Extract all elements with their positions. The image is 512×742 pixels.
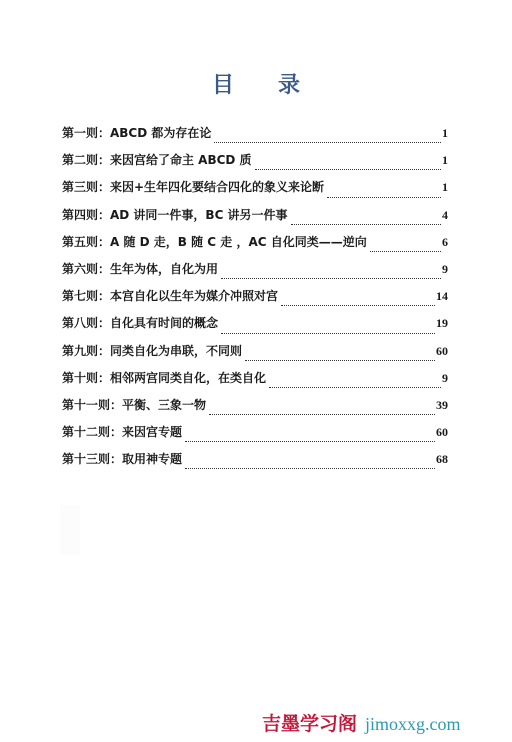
dot-leader bbox=[327, 197, 441, 198]
toc-entry-page: 60 bbox=[436, 344, 448, 359]
toc-entry-page: 9 bbox=[442, 371, 448, 386]
toc-entry[interactable]: 第二则：来因宫给了命主 ABCD 质1 bbox=[62, 151, 448, 178]
toc-entry-page: 4 bbox=[442, 208, 448, 223]
dot-leader bbox=[221, 278, 441, 279]
watermark-domain: jimoxxg.com bbox=[365, 714, 461, 734]
dot-leader bbox=[269, 387, 441, 388]
toc-entry-page: 19 bbox=[436, 316, 448, 331]
toc-entry[interactable]: 第十一则：平衡、三象一物39 bbox=[62, 396, 448, 423]
toc-entry-page: 9 bbox=[442, 262, 448, 277]
dot-leader bbox=[245, 360, 435, 361]
toc-entry-label: 第八则：自化具有时间的概念 bbox=[62, 314, 218, 331]
toc-entry[interactable]: 第一则：ABCD 都为存在论1 bbox=[62, 124, 448, 151]
toc-entry-page: 14 bbox=[436, 289, 448, 304]
toc-entry-label: 第十一则：平衡、三象一物 bbox=[62, 396, 206, 413]
toc-entry-page: 1 bbox=[442, 126, 448, 141]
toc-entry[interactable]: 第十三则：取用神专题68 bbox=[62, 450, 448, 477]
watermark: 吉墨学习阁jimoxxg.com bbox=[262, 709, 461, 736]
toc-entry[interactable]: 第四则：AD 讲同一件事，BC 讲另一件事4 bbox=[62, 206, 448, 233]
toc-entry-label: 第五则：A 随 D 走，B 随 C 走 ，AC 自化同类——逆向 bbox=[62, 233, 367, 250]
toc-entry-label: 第十三则：取用神专题 bbox=[62, 450, 182, 467]
toc-entry-page: 1 bbox=[442, 153, 448, 168]
scan-artifact bbox=[60, 505, 80, 555]
toc-entry[interactable]: 第九则：同类自化为串联，不同则60 bbox=[62, 342, 448, 369]
page-title: 目录 bbox=[0, 68, 512, 99]
toc-entry-label: 第二则：来因宫给了命主 ABCD 质 bbox=[62, 151, 252, 168]
toc-entry[interactable]: 第六则：生年为体，自化为用9 bbox=[62, 260, 448, 287]
toc-entry-page: 6 bbox=[442, 235, 448, 250]
toc-entry[interactable]: 第十二则：来因宫专题60 bbox=[62, 423, 448, 450]
toc-entry-label: 第十二则：来因宫专题 bbox=[62, 423, 182, 440]
toc-entry-label: 第六则：生年为体，自化为用 bbox=[62, 260, 218, 277]
dot-leader bbox=[185, 468, 435, 469]
toc-entry-page: 68 bbox=[436, 452, 448, 467]
toc-entry-label: 第四则：AD 讲同一件事，BC 讲另一件事 bbox=[62, 206, 288, 223]
toc-entry[interactable]: 第十则：相邻两宫同类自化，在类自化9 bbox=[62, 369, 448, 396]
toc-entry[interactable]: 第三则：来因+生年四化要结合四化的象义来论断1 bbox=[62, 178, 448, 205]
toc-entry-label: 第十则：相邻两宫同类自化，在类自化 bbox=[62, 369, 266, 386]
dot-leader bbox=[221, 333, 435, 334]
dot-leader bbox=[255, 169, 441, 170]
toc-entry-label: 第三则：来因+生年四化要结合四化的象义来论断 bbox=[62, 178, 324, 195]
dot-leader bbox=[185, 441, 435, 442]
dot-leader bbox=[214, 142, 441, 143]
toc-entry[interactable]: 第五则：A 随 D 走，B 随 C 走 ，AC 自化同类——逆向6 bbox=[62, 233, 448, 260]
toc-entry-page: 60 bbox=[436, 425, 448, 440]
table-of-contents: 第一则：ABCD 都为存在论1 第二则：来因宫给了命主 ABCD 质1 第三则：… bbox=[62, 124, 448, 477]
toc-entry[interactable]: 第八则：自化具有时间的概念19 bbox=[62, 314, 448, 341]
watermark-site-name: 吉墨学习阁 bbox=[262, 713, 357, 735]
toc-entry-label: 第一则：ABCD 都为存在论 bbox=[62, 124, 211, 141]
toc-entry-page: 1 bbox=[442, 180, 448, 195]
toc-entry-label: 第九则：同类自化为串联，不同则 bbox=[62, 342, 242, 359]
title-char-1: 目 bbox=[212, 68, 234, 99]
toc-entry-page: 39 bbox=[436, 398, 448, 413]
dot-leader bbox=[291, 224, 441, 225]
dot-leader bbox=[281, 305, 435, 306]
dot-leader bbox=[209, 414, 435, 415]
title-char-2: 录 bbox=[278, 68, 300, 99]
dot-leader bbox=[370, 251, 441, 252]
toc-entry[interactable]: 第七则：本宫自化以生年为媒介冲照对宫14 bbox=[62, 287, 448, 314]
toc-entry-label: 第七则：本宫自化以生年为媒介冲照对宫 bbox=[62, 287, 278, 304]
